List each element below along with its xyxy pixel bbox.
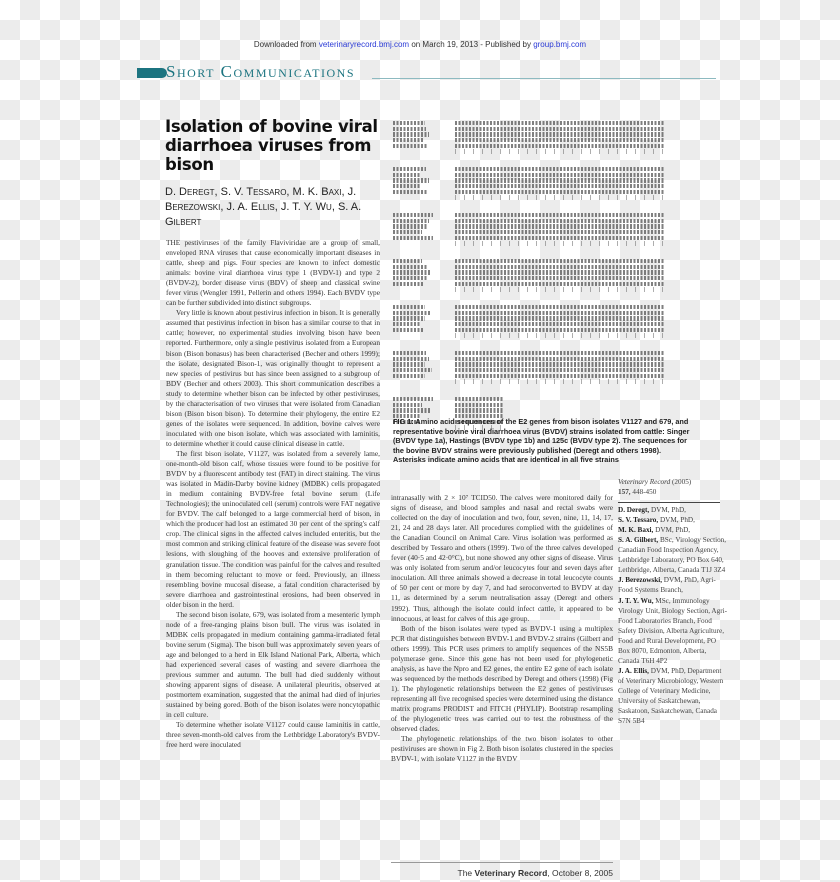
section-title: Short Communications bbox=[166, 62, 355, 82]
affiliation-entry: J. Berezowski, DVM, PhD, Agri-Food Syste… bbox=[618, 575, 728, 595]
strain-names bbox=[393, 259, 438, 287]
download-prefix: Downloaded from bbox=[254, 40, 317, 49]
strain-names bbox=[393, 121, 438, 149]
affiliation-detail: DVM, PhD, bbox=[655, 526, 690, 534]
sequence-rows bbox=[455, 213, 665, 247]
site-link[interactable]: veterinaryrecord.bmj.com bbox=[319, 40, 409, 49]
affiliation-entry: D. Deregt, DVM, PhD, bbox=[618, 505, 728, 515]
section-accent-bar bbox=[137, 68, 167, 78]
footer-date: , October 8, 2005 bbox=[547, 868, 613, 878]
paragraph: THE pestiviruses of the family Flaviviri… bbox=[166, 238, 380, 308]
body-column-2: intranasally with 2 × 10⁷ TCID50. The ca… bbox=[391, 493, 613, 764]
sequence-rows bbox=[455, 167, 665, 201]
article-authors: D. Deregt, S. V. Tessaro, M. K. Baxi, J.… bbox=[165, 185, 380, 230]
affiliation-entry: J. T. Y. Wu, MSc, Immunology Virology Un… bbox=[618, 596, 728, 666]
affiliation-author: J. T. Y. Wu, bbox=[618, 597, 655, 605]
affiliation-entry: S. V. Tessaro, DVM, PhD, bbox=[618, 515, 728, 525]
sequence-rows bbox=[455, 121, 665, 155]
citation: Veterinary Record (2005) 157, 448-450 bbox=[618, 477, 728, 497]
figure-caption: FIG 1: Amino acid sequences of the E2 ge… bbox=[393, 417, 693, 465]
author-affiliations: D. Deregt, DVM, PhD,S. V. Tessaro, DVM, … bbox=[618, 505, 728, 726]
affiliation-author: J. Berezowski, bbox=[618, 576, 664, 584]
citation-pages: 448-450 bbox=[632, 488, 656, 496]
body-column-1: THE pestiviruses of the family Flaviviri… bbox=[166, 238, 380, 750]
paragraph: Very little is known about pestivirus in… bbox=[166, 308, 380, 449]
footer-journal: Veterinary Record bbox=[475, 868, 548, 878]
citation-volume: 157, bbox=[618, 488, 631, 496]
download-notice: Downloaded from veterinaryrecord.bmj.com… bbox=[0, 40, 840, 49]
affiliation-author: J. A. Ellis, bbox=[618, 667, 651, 675]
affiliation-entry: M. K. Baxi, DVM, PhD, bbox=[618, 525, 728, 535]
paragraph: To determine whether isolate V1127 could… bbox=[166, 720, 380, 750]
sidebar-rule bbox=[618, 502, 720, 503]
citation-year: (2005) bbox=[672, 478, 691, 486]
sequence-rows bbox=[455, 259, 665, 293]
strain-names bbox=[393, 351, 438, 379]
citation-journal: Veterinary Record bbox=[618, 478, 670, 486]
paragraph: intranasally with 2 × 10⁷ TCID50. The ca… bbox=[391, 493, 613, 624]
publisher-link[interactable]: group.bmj.com bbox=[533, 40, 586, 49]
download-middle: on March 19, 2013 - Published by bbox=[411, 40, 531, 49]
affiliation-detail: MSc, Immunology Virology Unit, Biology S… bbox=[618, 597, 727, 665]
affiliation-author: S. A. Gilbert, bbox=[618, 536, 660, 544]
strain-names bbox=[393, 167, 438, 195]
footer-prefix: The bbox=[458, 868, 473, 878]
footer-rule bbox=[391, 862, 613, 863]
paragraph: The first bison isolate, V1127, was isol… bbox=[166, 449, 380, 610]
affiliation-detail: DVM, PhD, Department of Veterinary Micro… bbox=[618, 667, 723, 725]
affiliation-detail: DVM, PhD, bbox=[660, 516, 695, 524]
affiliation-entry: J. A. Ellis, DVM, PhD, Department of Vet… bbox=[618, 666, 728, 726]
affiliation-author: D. Deregt, bbox=[618, 506, 651, 514]
sequence-rows bbox=[455, 305, 665, 339]
citation-sidebar: Veterinary Record (2005) 157, 448-450 D.… bbox=[618, 477, 728, 726]
sequence-alignment-figure bbox=[393, 117, 693, 417]
article-title: Isolation of bovine viral diarrhoea viru… bbox=[165, 117, 380, 174]
paragraph: The second bison isolate, 679, was isola… bbox=[166, 610, 380, 721]
section-rule bbox=[372, 78, 716, 79]
affiliation-entry: S. A. Gilbert, BSc, Virology Section, Ca… bbox=[618, 535, 728, 575]
strain-names bbox=[393, 305, 438, 333]
affiliation-author: S. V. Tessaro, bbox=[618, 516, 660, 524]
affiliation-author: M. K. Baxi, bbox=[618, 526, 655, 534]
paragraph: The phylogenetic relationships of the tw… bbox=[391, 734, 613, 764]
sequence-rows bbox=[455, 351, 665, 385]
paragraph: Both of the bison isolates were typed as… bbox=[391, 624, 613, 735]
strain-names bbox=[393, 213, 438, 241]
page-footer: The Veterinary Record, October 8, 2005 bbox=[391, 868, 613, 878]
affiliation-detail: DVM, PhD, bbox=[651, 506, 686, 514]
